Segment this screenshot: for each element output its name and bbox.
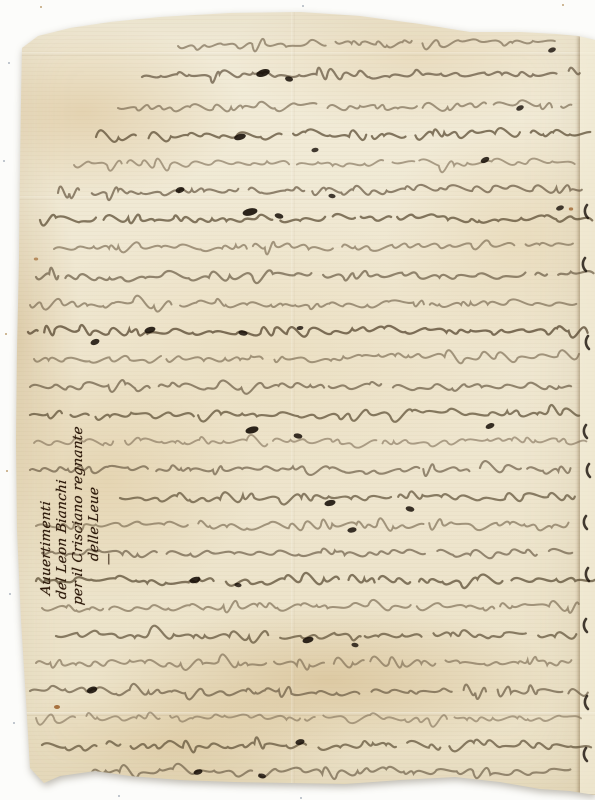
paper-sheet-wrapper: Auuertimenti del Leon Bianchi per il Cri… bbox=[0, 0, 595, 800]
ink-blot bbox=[90, 338, 101, 346]
facing-leaf-ink-mark bbox=[584, 748, 587, 761]
bleedthrough-text-row bbox=[54, 240, 573, 254]
bleedthrough-text-row bbox=[56, 626, 586, 643]
facing-leaf-ink-mark bbox=[584, 619, 587, 632]
bleedthrough-text-row bbox=[36, 712, 581, 726]
ink-blot bbox=[302, 636, 314, 645]
bleedthrough-text-row bbox=[118, 100, 571, 111]
annotation-flourish-dash: — bbox=[102, 394, 114, 605]
facing-leaf-ink-mark bbox=[584, 425, 587, 438]
ink-blot bbox=[351, 642, 359, 648]
ink-blot bbox=[324, 499, 336, 507]
ink-blot bbox=[405, 506, 415, 513]
bleedthrough-text-row bbox=[30, 684, 588, 700]
ink-blot bbox=[295, 738, 305, 745]
bleedthrough-text-row bbox=[34, 350, 579, 363]
bleedthrough-text-row bbox=[40, 214, 592, 225]
facing-leaf-ink-mark bbox=[584, 516, 587, 529]
annotation-line-3: per il Crisciano regnante bbox=[70, 394, 86, 606]
bleedthrough-text-row bbox=[96, 128, 590, 142]
title-annotation: Auuertimenti del Leon Bianchi per il Cri… bbox=[38, 395, 126, 605]
facing-leaf-ink-mark bbox=[583, 258, 586, 271]
facing-leaf-ink-mark bbox=[587, 464, 590, 477]
bleedthrough-text-row bbox=[120, 491, 575, 504]
bleedthrough-text-row bbox=[42, 737, 591, 752]
ink-blot bbox=[242, 207, 258, 217]
bleedthrough-text-row bbox=[36, 654, 583, 670]
bleedthrough-text-row bbox=[74, 159, 575, 173]
manuscript-paper-sheet: Auuertimenti del Leon Bianchi per il Cri… bbox=[0, 0, 595, 800]
bleedthrough-text-row bbox=[36, 268, 594, 283]
ink-blot bbox=[245, 425, 259, 435]
ink-blot bbox=[255, 68, 270, 79]
ink-blot bbox=[274, 212, 284, 219]
ink-blot bbox=[515, 104, 524, 112]
ink-blot bbox=[569, 207, 573, 210]
ink-blot bbox=[547, 46, 556, 53]
ink-blot bbox=[54, 705, 60, 709]
facing-leaf-ink-mark bbox=[586, 336, 589, 349]
bleedthrough-text-row bbox=[178, 39, 555, 52]
facing-leaf-ink-mark bbox=[585, 696, 588, 709]
ink-blot bbox=[555, 204, 564, 211]
annotation-line-1: Auuertimenti bbox=[38, 394, 54, 606]
annotation-line-4: delle Leue bbox=[86, 394, 102, 606]
bleedthrough-text-row bbox=[30, 380, 571, 394]
ink-blot bbox=[175, 186, 185, 194]
ink-blot bbox=[521, 15, 526, 18]
ink-blot bbox=[311, 147, 319, 153]
bleedthrough-text-row bbox=[28, 325, 588, 338]
annotation-line-2: del Leon Bianchi bbox=[54, 394, 70, 606]
ink-blot bbox=[293, 433, 303, 440]
ink-blot bbox=[347, 527, 357, 534]
ink-blot bbox=[328, 193, 336, 198]
ink-blot bbox=[233, 133, 246, 142]
bleedthrough-text-row bbox=[142, 68, 585, 83]
ink-blot bbox=[234, 582, 242, 587]
facing-leaf-ink-mark bbox=[586, 568, 589, 581]
ink-blot bbox=[86, 685, 98, 694]
ink-blot bbox=[193, 768, 203, 776]
bleedthrough-text-row bbox=[30, 296, 576, 312]
facing-leaf-ink-mark bbox=[585, 205, 588, 218]
ink-blot bbox=[485, 422, 495, 430]
scanned-manuscript-page: Auuertimenti del Leon Bianchi per il Cri… bbox=[0, 0, 595, 800]
ink-blot bbox=[402, 19, 406, 22]
ink-blot bbox=[34, 258, 38, 261]
bleedthrough-text-row bbox=[92, 764, 570, 779]
bleedthrough-text-row bbox=[58, 185, 582, 200]
